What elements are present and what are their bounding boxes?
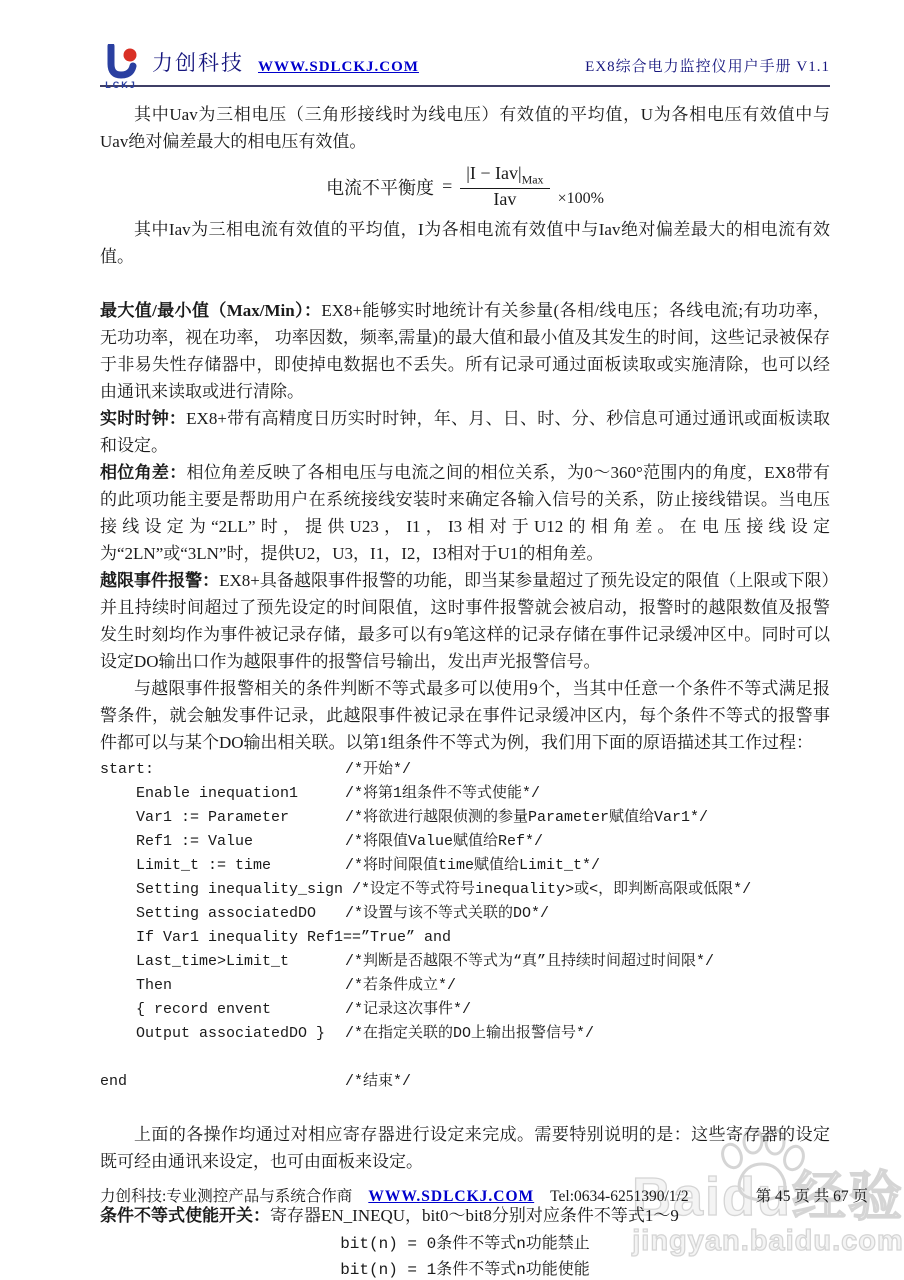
code-statement: end	[100, 1070, 345, 1094]
section-title: 实时时钟：	[100, 409, 186, 428]
code-line: Last_time>Limit_t/*判断是否越限不等式为“真”且持续时间超过时…	[100, 950, 830, 974]
code-comment: /*开始*/	[345, 758, 411, 782]
code-line: Limit_t := time/*将时间限值time赋值给Limit_t*/	[100, 854, 830, 878]
header-website-link[interactable]: WWW.SDLCKJ.COM	[258, 59, 419, 76]
code-statement: Limit_t := time	[100, 854, 345, 878]
page-footer: 力创科技:专业测控产品与系统合作商 WWW.SDLCKJ.COM Tel:063…	[100, 1184, 868, 1206]
formula-label: 电流不平衡度	[326, 174, 434, 200]
formula-equals: =	[442, 176, 452, 197]
code-line: Then/*若条件成立*/	[100, 974, 830, 998]
code-statement: Setting associatedDO	[100, 902, 345, 926]
code-comment: /*设定不等式符号inequality>或<，即判断高限或低限*/	[352, 878, 751, 902]
footer-website-link[interactable]: WWW.SDLCKJ.COM	[368, 1188, 534, 1206]
code-line: Output associatedDO }/*在指定关联的DO上输出报警信号*/	[100, 1022, 830, 1046]
code-statement: Then	[100, 974, 345, 998]
enable-switch-paragraph: 条件不等式使能开关：寄存器EN_INEQU，bit0～bit8分别对应条件不等式…	[100, 1202, 830, 1229]
section-title: 相位角差：	[100, 463, 187, 482]
section-title: 最大值/最小值（Max/Min）：	[100, 301, 321, 320]
bit-definition: bit(n) = 1条件不等式n功能使能	[100, 1257, 830, 1280]
footer-company-text: 力创科技:专业测控产品与系统合作商	[100, 1184, 352, 1206]
code-line: Ref1 := Value/*将限值Value赋值给Ref*/	[100, 830, 830, 854]
code-comment: /*结束*/	[345, 1070, 411, 1094]
code-statement: Output associatedDO }	[100, 1022, 345, 1046]
code-statement: If Var1 inequality Ref1==”True” and	[100, 926, 451, 950]
code-statement: start:	[100, 758, 345, 782]
code-comment: /*将限值Value赋值给Ref*/	[345, 830, 543, 854]
code-comment: /*将欲进行越限侦测的参量Parameter赋值给Var1*/	[345, 806, 708, 830]
bit-definition-lines: bit(n) = 0条件不等式n功能禁止bit(n) = 1条件不等式n功能使能	[100, 1231, 830, 1280]
code-comment: /*记录这次事件*/	[345, 998, 471, 1022]
enable-switch-title: 条件不等式使能开关：	[100, 1206, 270, 1225]
bit-definition: bit(n) = 0条件不等式n功能禁止	[100, 1231, 830, 1257]
code-line: Var1 := Parameter/*将欲进行越限侦测的参量Parameter赋…	[100, 806, 830, 830]
document-page: LCKJ 力创科技 WWW.SDLCKJ.COM EX8综合电力监控仪用户手册 …	[0, 44, 904, 1280]
section-paragraph: 最大值/最小值（Max/Min）：EX8+能够实时地统计有关参量(各相/线电压；…	[100, 297, 830, 405]
formula-fraction: |I − Iav|Max Iav	[460, 163, 549, 210]
code-line: { record envent/*记录这次事件*/	[100, 998, 830, 1022]
section-paragraph: 实时时钟：EX8+带有高精度日历实时时钟，年、月、日、时、分、秒信息可通过通讯或…	[100, 405, 830, 459]
register-note-paragraph: 上面的各操作均通过对相应寄存器进行设定来完成。需要特别说明的是：这些寄存器的设定…	[100, 1121, 830, 1175]
lckj-logo: LCKJ	[100, 44, 142, 90]
page-header: LCKJ 力创科技 WWW.SDLCKJ.COM EX8综合电力监控仪用户手册 …	[100, 44, 830, 87]
code-line: Enable inequation1/*将第1组条件不等式使能*/	[100, 782, 830, 806]
code-statement: Ref1 := Value	[100, 830, 345, 854]
code-comment: /*将时间限值time赋值给Limit_t*/	[345, 854, 600, 878]
section-paragraph: 相位角差：相位角差反映了各相电压与电流之间的相位关系，为0～360°范围内的角度…	[100, 459, 830, 567]
lckj-logo-icon	[100, 44, 142, 80]
footer-telephone: Tel:0634-6251390/1/2	[550, 1188, 688, 1206]
code-line: end/*结束*/	[100, 1070, 830, 1094]
code-comment: /*设置与该不等式关联的DO*/	[345, 902, 549, 926]
code-statement: Setting inequality_sign	[100, 878, 352, 902]
footer-page-number: 第 45 页 共 67 页	[756, 1184, 868, 1206]
code-statement: Var1 := Parameter	[100, 806, 345, 830]
code-statement: Enable inequation1	[100, 782, 345, 806]
uav-definition-paragraph: 其中Uav为三相电压（三角形接线时为线电压）有效值的平均值，U为各相电压有效值中…	[100, 101, 830, 155]
code-statement: Last_time>Limit_t	[100, 950, 345, 974]
code-line: Setting inequality_sign /*设定不等式符号inequal…	[100, 878, 830, 902]
lckj-logo-text: LCKJ	[105, 80, 137, 90]
feature-sections: 最大值/最小值（Max/Min）：EX8+能够实时地统计有关参量(各相/线电压；…	[100, 297, 830, 675]
section-title: 越限事件报警：	[100, 571, 219, 590]
iav-definition-paragraph: 其中Iav为三相电流有效值的平均值，I为各相电流有效值中与Iav绝对偏差最大的相…	[100, 216, 830, 270]
document-title: EX8综合电力监控仪用户手册 V1.1	[585, 55, 830, 76]
code-comment: /*若条件成立*/	[345, 974, 456, 998]
code-line: start:/*开始*/	[100, 758, 830, 782]
company-name: 力创科技	[152, 47, 244, 77]
section-paragraph: 越限事件报警：EX8+具备越限事件报警的功能，即当某参量超过了预先设定的限值（上…	[100, 567, 830, 675]
current-unbalance-formula: 电流不平衡度 = |I − Iav|Max Iav ×100%	[100, 163, 830, 210]
formula-multiplier: ×100%	[558, 190, 604, 208]
code-line: If Var1 inequality Ref1==”True” and	[100, 926, 830, 950]
code-comment: /*在指定关联的DO上输出报警信号*/	[345, 1022, 594, 1046]
code-line: Setting associatedDO/*设置与该不等式关联的DO*/	[100, 902, 830, 926]
code-comment: /*将第1组条件不等式使能*/	[345, 782, 540, 806]
pseudocode-block: start:/*开始*/ Enable inequation1/*将第1组条件不…	[100, 758, 830, 1094]
code-line	[100, 1046, 830, 1070]
formula-denominator: Iav	[493, 189, 516, 210]
code-statement	[100, 1046, 345, 1070]
code-statement: { record envent	[100, 998, 345, 1022]
formula-numerator: |I − Iav|Max	[460, 163, 549, 189]
inequality-intro-paragraph: 与越限事件报警相关的条件判断不等式最多可以使用9个，当其中任意一个条件不等式满足…	[100, 675, 830, 756]
code-comment: /*判断是否越限不等式为“真”且持续时间超过时间限*/	[345, 950, 714, 974]
